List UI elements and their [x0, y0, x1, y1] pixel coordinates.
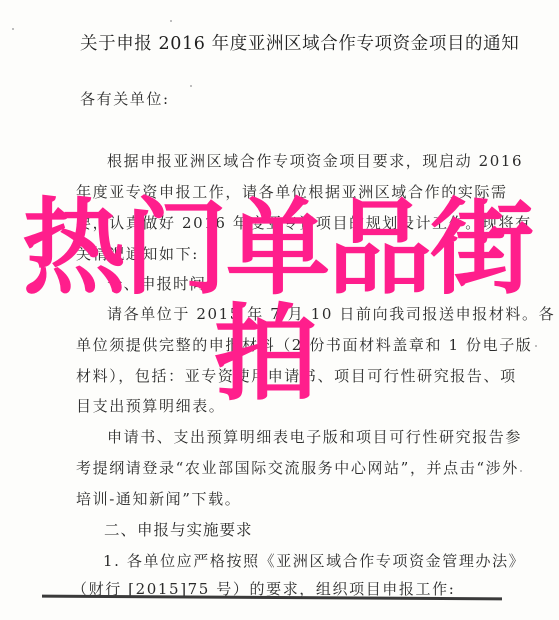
promo-overlay-text: 热门单品街: [22, 196, 532, 300]
salutation: 各有关单位:: [80, 88, 170, 109]
paragraph-line: 培训-通知新闻”下载。: [76, 488, 241, 509]
paragraph-line: 1. 各单位应严格按照《亚洲区域合作专项资金管理办法》: [103, 550, 525, 571]
paragraph-line: 根据申报亚洲区域合作专项资金项目要求，现启动 2016: [107, 150, 523, 171]
paragraph-line: 考提纲请登录“农业部国际交流服务中心网站”，并点击“涉外: [76, 457, 519, 478]
scan-speck: [170, 20, 172, 22]
paragraph-line: 申请书、支出预算明细表电子版和项目可行性研究报告参: [107, 426, 522, 447]
scan-speck: [190, 85, 192, 87]
scan-speck: [520, 470, 522, 472]
scan-speck: [535, 345, 537, 347]
section-heading-2: 二、申报与实施要求: [104, 518, 253, 540]
scan-speck: [12, 28, 14, 30]
document-title: 关于申报 2016 年度亚洲区域合作专项资金项目的通知: [80, 30, 519, 55]
promo-overlay-text-2: 拍: [214, 302, 318, 406]
paragraph-line: 目支出预算明细表。: [76, 395, 225, 416]
